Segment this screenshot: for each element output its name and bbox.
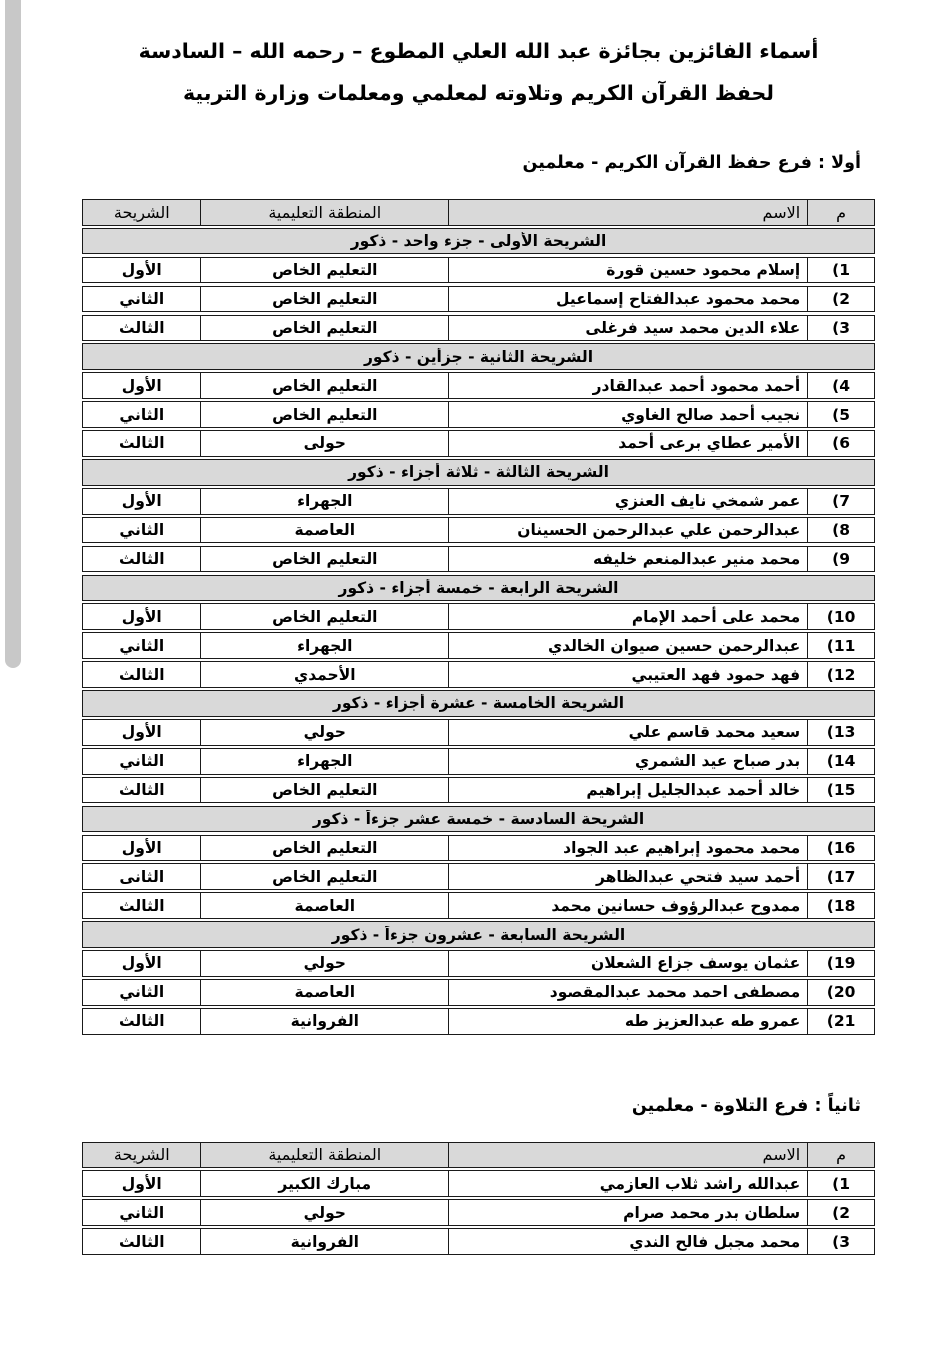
cell-tier: الثاني <box>83 749 200 774</box>
cell-district: التعليم الخاص <box>200 778 448 803</box>
cell-name: أحمد سيد فتحي عبدالظاهر <box>448 864 807 889</box>
table-row: 20)مصطفى احمد محمد عبدالمقصودالعاصمةالثا… <box>82 979 875 1006</box>
column-header-tier: الشريحة <box>83 1143 200 1168</box>
cell-num: 13) <box>807 720 874 745</box>
cell-num: 3) <box>807 316 874 341</box>
cell-num: 21) <box>807 1009 874 1034</box>
cell-tier: الأول <box>83 720 200 745</box>
cell-name: عمر شمخي نايف العنزي <box>448 489 807 514</box>
cell-name: محمد محمود عبدالفتاح إسماعيل <box>448 287 807 312</box>
cell-tier: الثاني <box>83 1200 200 1225</box>
tier-band-row: الشريحة السابعة - عشرون جزءاً - ذكور <box>82 921 875 948</box>
table-row: 10)محمد على أحمد الإمامالتعليم الخاصالأو… <box>82 603 875 630</box>
recitation-winners-table: مالاسمالمنطقة التعليميةالشريحة1)عبدالله … <box>82 1142 875 1255</box>
cell-district: حولى <box>200 431 448 456</box>
cell-tier: الثالث <box>83 1009 200 1034</box>
cell-num: 15) <box>807 778 874 803</box>
cell-district: التعليم الخاص <box>200 547 448 572</box>
table-row: 11)عبدالرحمن حسين صيوان الخالديالجهراءال… <box>82 632 875 659</box>
table-row: 5)نجيب أحمد صالح الغاويالتعليم الخاصالثا… <box>82 401 875 428</box>
cell-district: الفروانية <box>200 1009 448 1034</box>
column-header-district: المنطقة التعليمية <box>200 200 448 225</box>
cell-district: مبارك الكبير <box>200 1171 448 1196</box>
scrollbar-thumb[interactable] <box>5 0 21 668</box>
cell-tier: الثالث <box>83 778 200 803</box>
tier-band-label: الشريحة السابعة - عشرون جزءاً - ذكور <box>83 926 874 944</box>
cell-district: التعليم الخاص <box>200 864 448 889</box>
tier-band-label: الشريحة الخامسة - عشرة أجزاء - ذكور <box>83 694 874 712</box>
tier-band-row: الشريحة السادسة - خمسة عشر جزءاً - ذكور <box>82 806 875 833</box>
cell-name: عبدالرحمن علي عبدالرحمن الحسينان <box>448 518 807 543</box>
section-heading-memorization: أولا : فرع حفظ القرآن الكريم - معلمين <box>82 150 875 176</box>
cell-name: مصطفى احمد محمد عبدالمقصود <box>448 980 807 1005</box>
cell-tier: الثالث <box>83 547 200 572</box>
cell-district: التعليم الخاص <box>200 373 448 398</box>
cell-num: 16) <box>807 836 874 861</box>
cell-district: التعليم الخاص <box>200 316 448 341</box>
table-row: 21)عمرو طه عبدالعزيز طهالفروانيةالثالث <box>82 1008 875 1035</box>
cell-district: حولي <box>200 1200 448 1225</box>
table-row: 17)أحمد سيد فتحي عبدالظاهرالتعليم الخاصا… <box>82 863 875 890</box>
table-row: 2)محمد محمود عبدالفتاح إسماعيلالتعليم ال… <box>82 286 875 313</box>
cell-num: 11) <box>807 633 874 658</box>
tier-band-label: الشريحة الثانية - جزأين - ذكور <box>83 348 874 366</box>
cell-district: الفروانية <box>200 1229 448 1254</box>
cell-tier: الثالث <box>83 1229 200 1254</box>
cell-num: 2) <box>807 1200 874 1225</box>
cell-name: عبدالله راشد ثلاب العازمي <box>448 1171 807 1196</box>
table-row: 6)الأمير عطاي برعى أحمدحولىالثالث <box>82 430 875 457</box>
cell-num: 8) <box>807 518 874 543</box>
table-row: 3)علاء الدين محمد سيد فرغلىالتعليم الخاص… <box>82 315 875 342</box>
tier-band-row: الشريحة الثالثة - ثلاثة أجزاء - ذكور <box>82 459 875 486</box>
cell-tier: الثاني <box>83 980 200 1005</box>
table-row: 12)فهد حمود فهد العتيبيالأحمديالثالث <box>82 661 875 688</box>
cell-name: علاء الدين محمد سيد فرغلى <box>448 316 807 341</box>
cell-num: 12) <box>807 662 874 687</box>
tier-band-row: الشريحة الرابعة - خمسة أجزاء - ذكور <box>82 575 875 602</box>
cell-num: 4) <box>807 373 874 398</box>
cell-num: 3) <box>807 1229 874 1254</box>
cell-tier: الثاني <box>83 518 200 543</box>
cell-tier: الأول <box>83 836 200 861</box>
table-row: 7)عمر شمخي نايف العنزيالجهراءالأول <box>82 488 875 515</box>
table-header-row: مالاسمالمنطقة التعليميةالشريحة <box>82 1142 875 1169</box>
table-row: 18)ممدوح عبدالرؤوف حسانين محمدالعاصمةالث… <box>82 892 875 919</box>
cell-district: التعليم الخاص <box>200 287 448 312</box>
cell-num: 5) <box>807 402 874 427</box>
cell-tier: الثاني <box>83 633 200 658</box>
cell-name: محمد منير عبدالمنعم خليفه <box>448 547 807 572</box>
cell-name: بدر صباح عيد الشمري <box>448 749 807 774</box>
cell-district: التعليم الخاص <box>200 258 448 283</box>
cell-name: عثمان يوسف جزاع الشعلان <box>448 951 807 976</box>
cell-district: التعليم الخاص <box>200 402 448 427</box>
column-header-district: المنطقة التعليمية <box>200 1143 448 1168</box>
cell-district: الأحمدي <box>200 662 448 687</box>
document-page: أسماء الفائزين بجائزة عبد الله العلي الم… <box>82 0 875 1257</box>
cell-district: الجهراء <box>200 749 448 774</box>
cell-tier: الأول <box>83 1171 200 1196</box>
cell-num: 14) <box>807 749 874 774</box>
cell-num: 20) <box>807 980 874 1005</box>
cell-district: حولي <box>200 720 448 745</box>
cell-name: عمرو طه عبدالعزيز طه <box>448 1009 807 1034</box>
cell-name: خالد أحمد عبدالجليل إبراهيم <box>448 778 807 803</box>
cell-name: ممدوح عبدالرؤوف حسانين محمد <box>448 893 807 918</box>
cell-name: محمد محمود إبراهيم عبد الجواد <box>448 836 807 861</box>
cell-name: إسلام محمود حسين قورة <box>448 258 807 283</box>
cell-district: التعليم الخاص <box>200 604 448 629</box>
table-row: 1)عبدالله راشد ثلاب العازميمبارك الكبيرا… <box>82 1170 875 1197</box>
cell-num: 17) <box>807 864 874 889</box>
column-header-num: م <box>807 1143 874 1168</box>
memorization-winners-table: مالاسمالمنطقة التعليميةالشريحةالشريحة ال… <box>82 199 875 1035</box>
cell-tier: الثالث <box>83 431 200 456</box>
cell-num: 9) <box>807 547 874 572</box>
table-row: 4)أحمد محمود أحمد عبدالقادرالتعليم الخاص… <box>82 372 875 399</box>
table-row: 2)سلطان بدر محمد صرامحوليالثاني <box>82 1199 875 1226</box>
cell-num: 6) <box>807 431 874 456</box>
cell-tier: الثالث <box>83 893 200 918</box>
cell-name: الأمير عطاي برعى أحمد <box>448 431 807 456</box>
tier-band-label: الشريحة الرابعة - خمسة أجزاء - ذكور <box>83 579 874 597</box>
cell-district: العاصمة <box>200 518 448 543</box>
cell-name: عبدالرحمن حسين صيوان الخالدي <box>448 633 807 658</box>
cell-num: 10) <box>807 604 874 629</box>
cell-num: 2) <box>807 287 874 312</box>
cell-district: الجهراء <box>200 633 448 658</box>
cell-district: حولي <box>200 951 448 976</box>
tier-band-label: الشريحة الأولى - جزء واحد - ذكور <box>83 232 874 250</box>
cell-district: العاصمة <box>200 893 448 918</box>
cell-name: نجيب أحمد صالح الغاوي <box>448 402 807 427</box>
cell-name: محمد مجبل فالح الندي <box>448 1229 807 1254</box>
cell-name: سعيد محمد قاسم علي <box>448 720 807 745</box>
cell-tier: الثانى <box>83 864 200 889</box>
tier-band-row: الشريحة الثانية - جزأين - ذكور <box>82 343 875 370</box>
tier-band-row: الشريحة الخامسة - عشرة أجزاء - ذكور <box>82 690 875 717</box>
table-row: 15)خالد أحمد عبدالجليل إبراهيمالتعليم ال… <box>82 777 875 804</box>
cell-tier: الثالث <box>83 662 200 687</box>
cell-tier: الأول <box>83 604 200 629</box>
cell-name: أحمد محمود أحمد عبدالقادر <box>448 373 807 398</box>
cell-district: التعليم الخاص <box>200 836 448 861</box>
table-row: 1)إسلام محمود حسين قورةالتعليم الخاصالأو… <box>82 257 875 284</box>
tier-band-label: الشريحة الثالثة - ثلاثة أجزاء - ذكور <box>83 463 874 481</box>
column-header-num: م <box>807 200 874 225</box>
table-row: 14)بدر صباح عيد الشمريالجهراءالثاني <box>82 748 875 775</box>
page-subtitle: لحفظ القرآن الكريم وتلاوته لمعلمي ومعلما… <box>82 72 875 114</box>
table-row: 3)محمد مجبل فالح النديالفروانيةالثالث <box>82 1228 875 1255</box>
table-row: 9)محمد منير عبدالمنعم خليفهالتعليم الخاص… <box>82 546 875 573</box>
cell-tier: الأول <box>83 258 200 283</box>
cell-num: 1) <box>807 1171 874 1196</box>
table-row: 16)محمد محمود إبراهيم عبد الجوادالتعليم … <box>82 835 875 862</box>
tier-band-row: الشريحة الأولى - جزء واحد - ذكور <box>82 228 875 255</box>
document-title-block: أسماء الفائزين بجائزة عبد الله العلي الم… <box>82 0 875 114</box>
cell-tier: الأول <box>83 951 200 976</box>
cell-name: سلطان بدر محمد صرام <box>448 1200 807 1225</box>
tier-band-label: الشريحة السادسة - خمسة عشر جزءاً - ذكور <box>83 810 874 828</box>
page-title: أسماء الفائزين بجائزة عبد الله العلي الم… <box>82 30 875 72</box>
cell-tier: الثاني <box>83 402 200 427</box>
column-header-name: الاسم <box>448 1143 807 1168</box>
cell-name: محمد على أحمد الإمام <box>448 604 807 629</box>
cell-district: العاصمة <box>200 980 448 1005</box>
section-heading-recitation: ثانياً : فرع التلاوة - معلمين <box>82 1093 875 1119</box>
cell-tier: الثاني <box>83 287 200 312</box>
table-row: 8)عبدالرحمن علي عبدالرحمن الحسينانالعاصم… <box>82 517 875 544</box>
column-header-name: الاسم <box>448 200 807 225</box>
table-header-row: مالاسمالمنطقة التعليميةالشريحة <box>82 199 875 226</box>
cell-num: 1) <box>807 258 874 283</box>
table-row: 13)سعيد محمد قاسم عليحوليالأول <box>82 719 875 746</box>
cell-name: فهد حمود فهد العتيبي <box>448 662 807 687</box>
cell-num: 19) <box>807 951 874 976</box>
cell-tier: الأول <box>83 373 200 398</box>
table-row: 19)عثمان يوسف جزاع الشعلانحوليالأول <box>82 950 875 977</box>
column-header-tier: الشريحة <box>83 200 200 225</box>
cell-district: الجهراء <box>200 489 448 514</box>
cell-tier: الأول <box>83 489 200 514</box>
cell-tier: الثالث <box>83 316 200 341</box>
cell-num: 7) <box>807 489 874 514</box>
cell-num: 18) <box>807 893 874 918</box>
